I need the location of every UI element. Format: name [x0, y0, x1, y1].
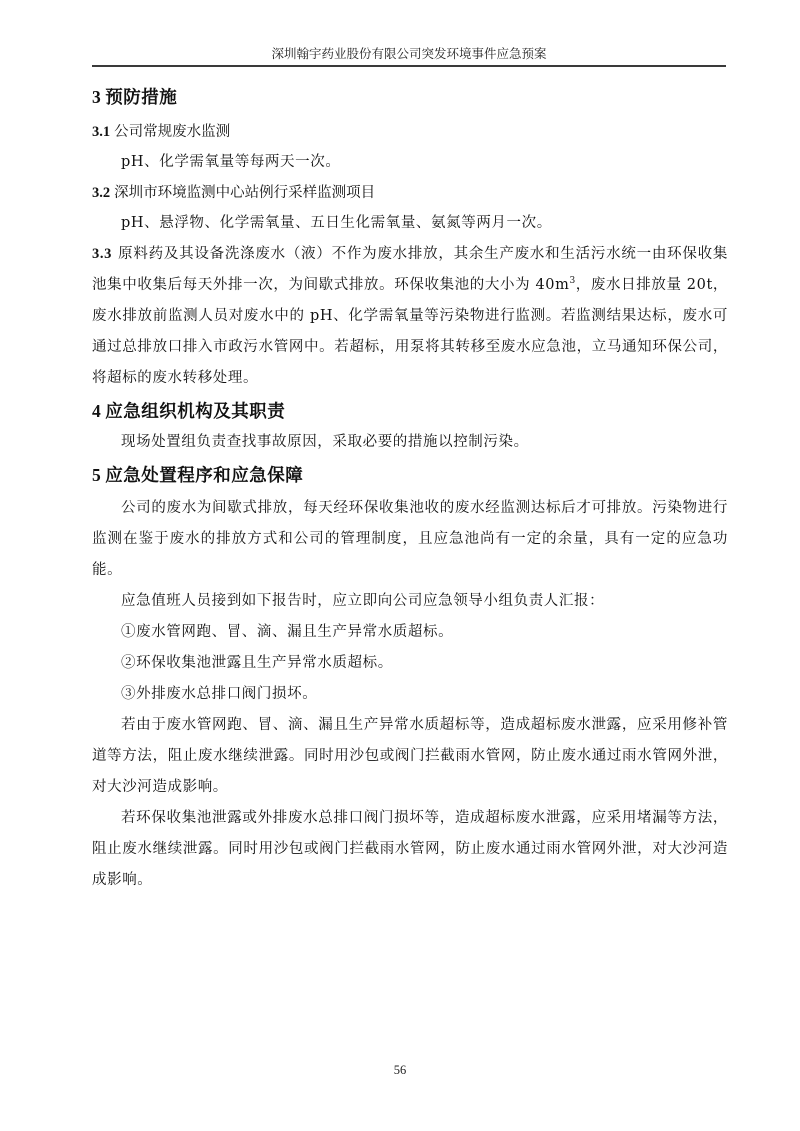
section-number: 5 [92, 465, 101, 485]
list-item: ①废水管网跑、冒、滴、漏且生产异常水质超标。 [92, 617, 728, 648]
section-number: 3.3 [92, 246, 112, 262]
section-3-2-heading: 3.2深圳市环境监测中心站例行采样监测项目 [92, 178, 728, 208]
header-rule [92, 65, 726, 67]
section-4-heading: 4应急组织机构及其职责 [92, 398, 728, 425]
section-5-paragraph: 若由于废水管网跑、冒、滴、漏且生产异常水质超标等，造成超标废水泄露，应采用修补管… [92, 710, 728, 803]
section-3-heading: 3预防措施 [92, 84, 728, 111]
section-title: 应急组织机构及其职责 [105, 402, 285, 422]
section-title: 预防措施 [105, 88, 177, 108]
section-5-paragraph: 应急值班人员接到如下报告时，应立即向公司应急领导小组负责人汇报： [92, 586, 728, 617]
page-header-title: 深圳翰宇药业股份有限公司突发环境事件应急预案 [92, 46, 726, 62]
section-3-1-heading: 3.1公司常规废水监测 [92, 117, 728, 147]
list-item: ②环保收集池泄露且生产异常水质超标。 [92, 648, 728, 679]
section-title: 深圳市环境监测中心站例行采样监测项目 [114, 185, 375, 201]
section-3-1-text: pH、化学需氧量等每两天一次。 [92, 147, 728, 178]
document-body: 3预防措施 3.1公司常规废水监测 pH、化学需氧量等每两天一次。 3.2深圳市… [92, 84, 728, 896]
section-number: 3.2 [92, 185, 110, 201]
section-number: 3 [92, 87, 101, 107]
section-title: 公司常规废水监测 [114, 124, 230, 140]
section-4-text: 现场处置组负责查找事故原因，采取必要的措施以控制污染。 [92, 427, 728, 458]
paragraph-text: ，废水日排放量 20t，废水排放前监测人员对废水中的 pH、化学需氧量等污染物进… [92, 277, 728, 386]
section-number: 3.1 [92, 124, 110, 140]
page-number: 56 [0, 1063, 800, 1078]
section-3-3-paragraph: 3.3原料药及其设备洗涤废水（液）不作为废水排放，其余生产废水和生活污水统一由环… [92, 239, 728, 394]
section-3-2-text: pH、悬浮物、化学需氧量、五日生化需氧量、氨氮等两月一次。 [92, 208, 728, 239]
section-title: 应急处置程序和应急保障 [105, 466, 303, 486]
section-5-heading: 5应急处置程序和应急保障 [92, 462, 728, 489]
section-5-paragraph: 若环保收集池泄露或外排废水总排口阀门损坏等，造成超标废水泄露，应采用堵漏等方法，… [92, 803, 728, 896]
list-item: ③外排废水总排口阀门损坏。 [92, 679, 728, 710]
section-5-paragraph: 公司的废水为间歇式排放，每天经环保收集池收的废水经监测达标后才可排放。污染物进行… [92, 493, 728, 586]
section-number: 4 [92, 401, 101, 421]
